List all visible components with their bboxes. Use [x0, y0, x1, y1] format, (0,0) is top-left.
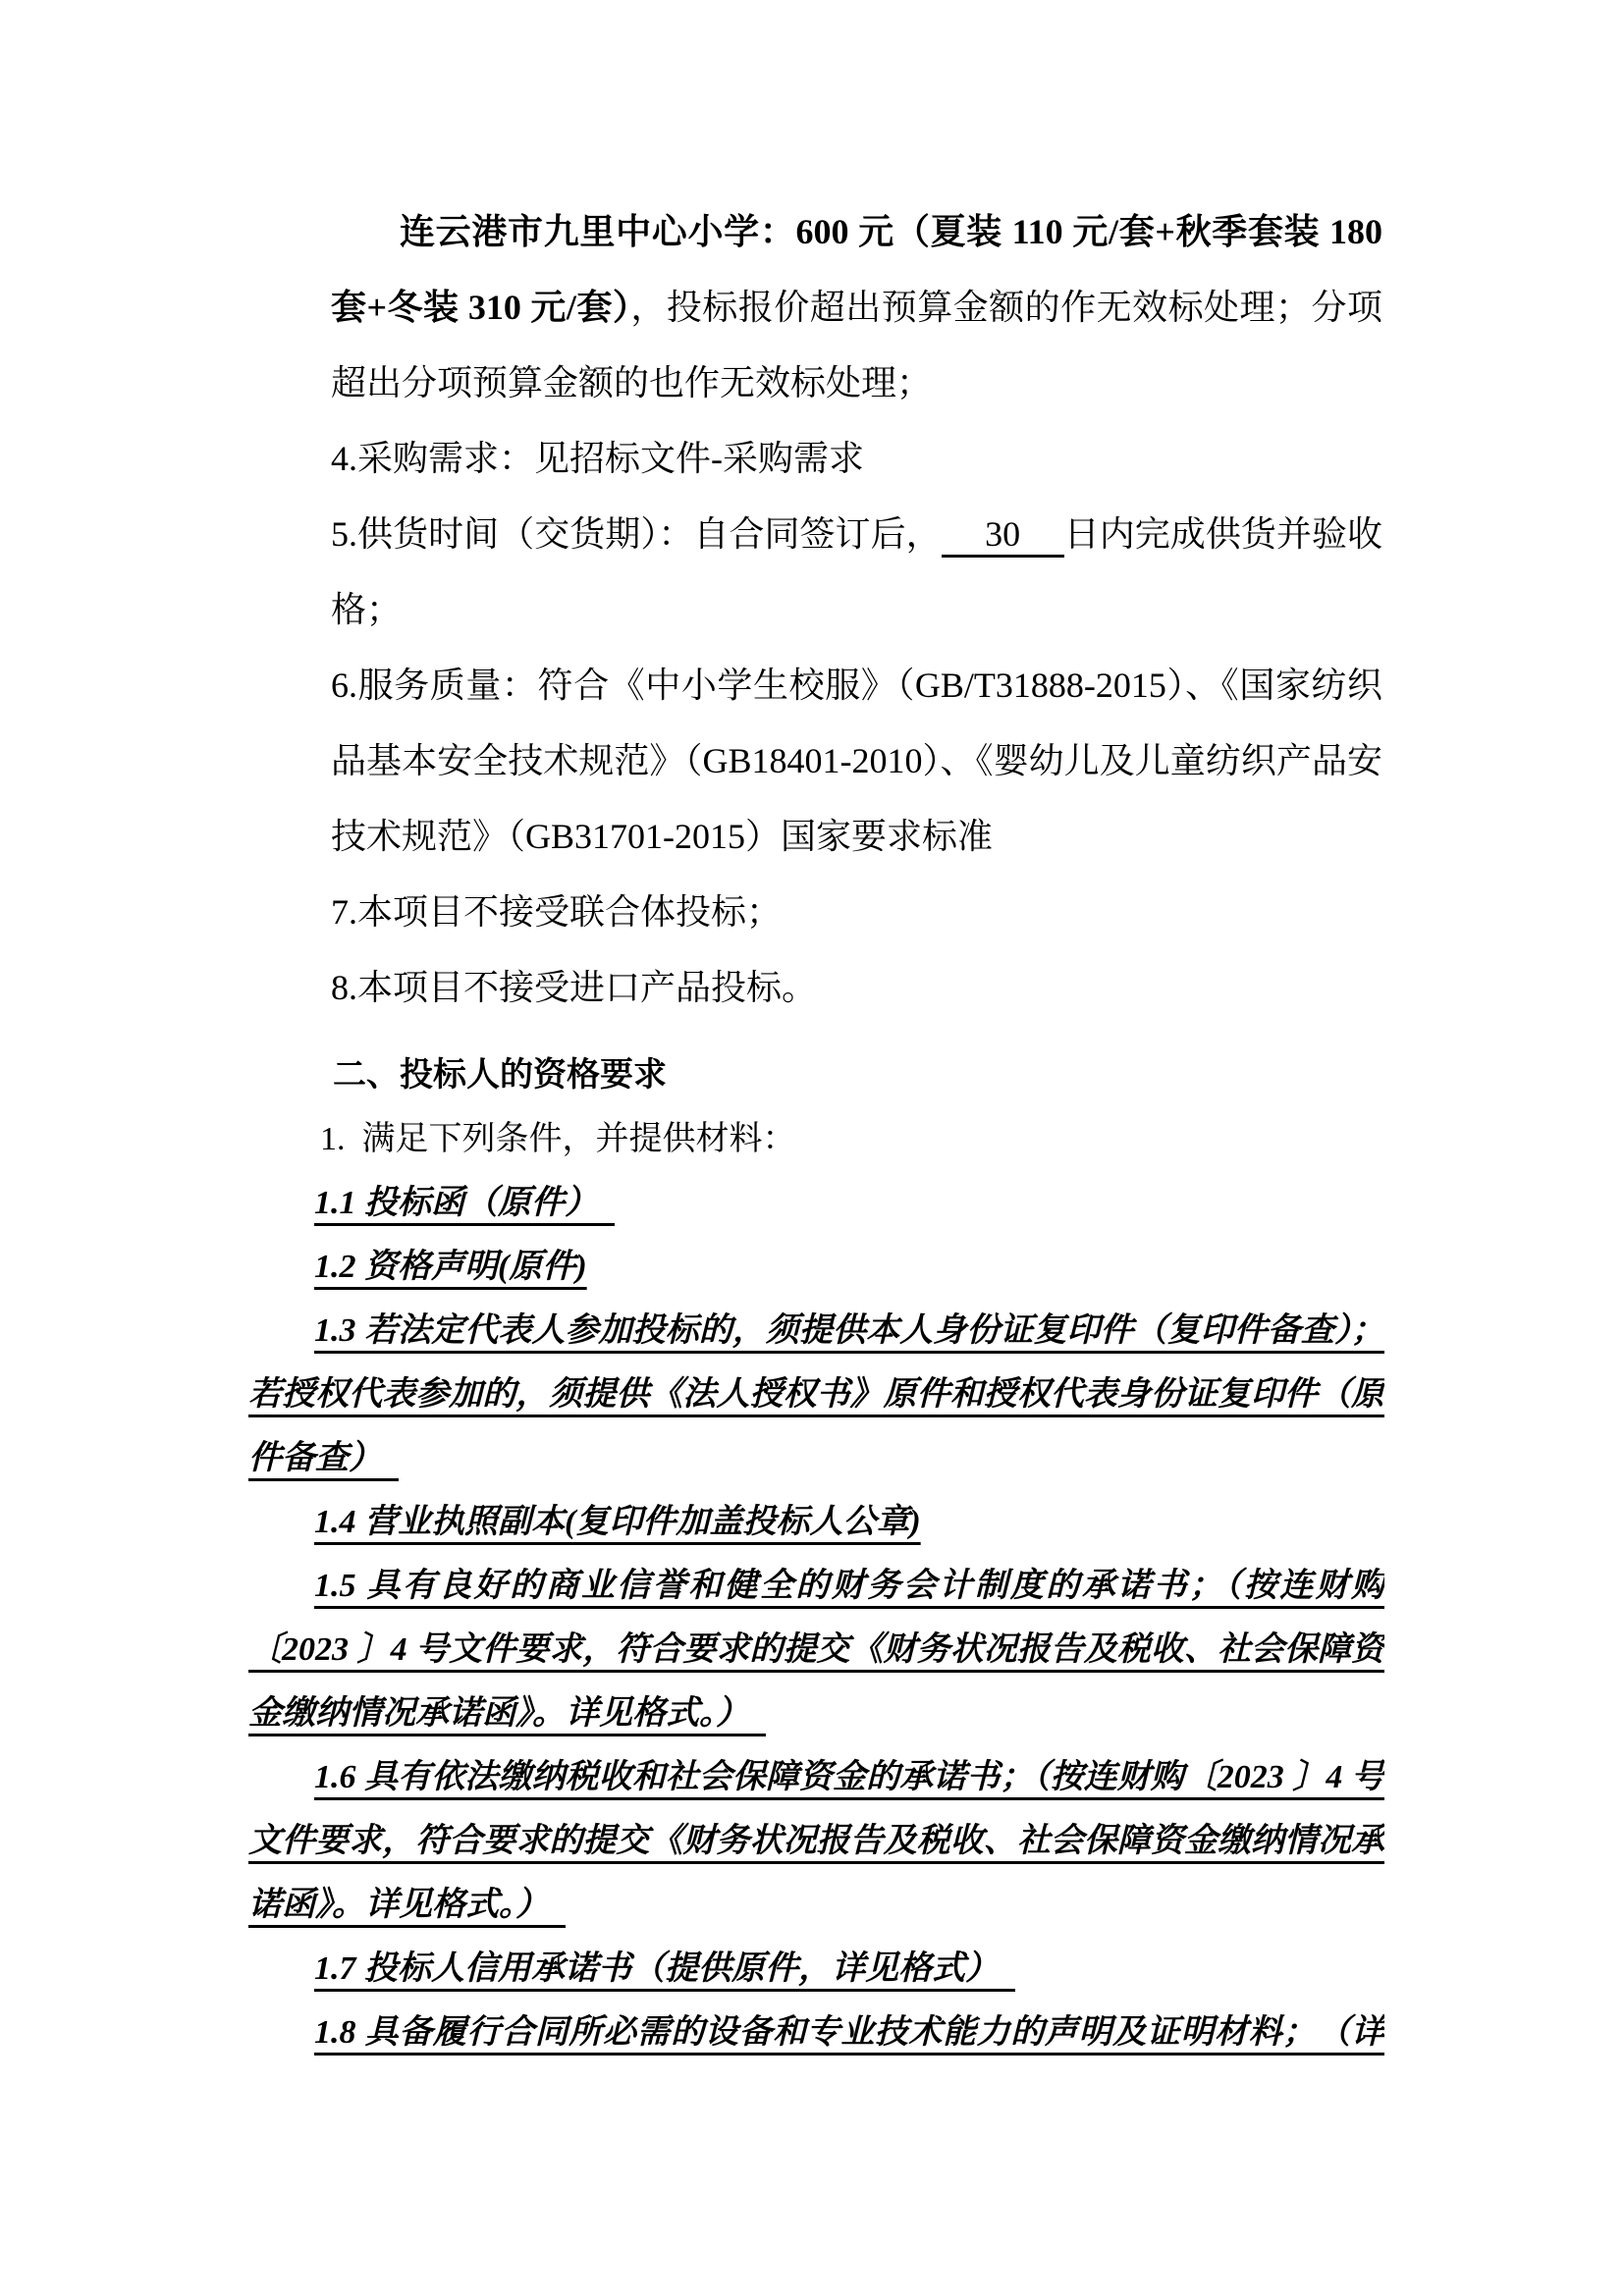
text-segment: 技术规范》（GB31701-2015）国家要求标准: [331, 817, 993, 856]
text-line: 1.2 资格声明(原件): [248, 1235, 1384, 1299]
text-line: 件备查）: [248, 1426, 1384, 1490]
text-segment: 二、投标人的资格要求: [333, 1057, 667, 1094]
text-segment: 超出分项预算金额的也作无效标处理；: [331, 363, 932, 402]
text-segment: 诺函》。详见格式。）: [248, 1887, 566, 1923]
text-segment: 4.采购需求：见招标文件-采购需求: [331, 439, 864, 478]
text-segment: 1.6 具有依法缴纳税收和社会保障资金的承诺书；（按连财购〔2023 〕4 号: [314, 1759, 1384, 1795]
text-segment: 1.4 营业执照副本(复印件加盖投标人公章): [314, 1504, 921, 1540]
document-page: 连云港市九里中心小学：600 元（夏装 110 元/套+秋季套装 180 元/套…: [0, 0, 1624, 2296]
text-segment: 1.5 具有良好的商业信誉和健全的财务会计制度的承诺书；（按连财购: [314, 1568, 1384, 1604]
text-line: 1.1 投标函（原件）: [248, 1171, 1384, 1235]
text-segment: 1.7 投标人信用承诺书（提供原件，详见格式）: [314, 1950, 1015, 1987]
text-line: 5.供货时间（交货期）：自合同签订后，30日内完成供货并验收合: [331, 497, 1382, 572]
text-line: 连云港市九里中心小学：600 元（夏装 110 元/套+秋季套装 180 元/: [331, 194, 1382, 270]
text-line: 1.6 具有依法缴纳税收和社会保障资金的承诺书；（按连财购〔2023 〕4 号: [248, 1745, 1384, 1809]
text-segment: 7.本项目不接受联合体投标；: [331, 892, 782, 932]
text-segment: 格；: [331, 590, 402, 629]
text-segment: 金缴纳情况承诺函》。详见格式。）: [248, 1695, 766, 1732]
text-segment: 1. 满足下列条件，并提供材料：: [320, 1121, 796, 1157]
text-line: 超出分项预算金额的也作无效标处理；: [331, 346, 1382, 421]
text-segment: 1.3 若法定代表人参加投标的，须提供本人身份证复印件（复印件备查）；: [314, 1312, 1384, 1349]
text-line: 〔2023 〕4 号文件要求，符合要求的提交《财务状况报告及税收、社会保障资: [248, 1618, 1384, 1682]
text-line: 1.5 具有良好的商业信誉和健全的财务会计制度的承诺书；（按连财购: [248, 1554, 1384, 1618]
text-line: 1.8 具备履行合同所必需的设备和专业技术能力的声明及证明材料； （详: [248, 2001, 1384, 2064]
text-segment: 件备查）: [248, 1440, 399, 1476]
section-procurement-details: 连云港市九里中心小学：600 元（夏装 110 元/套+秋季套装 180 元/套…: [331, 194, 1382, 1026]
text-segment: 品基本安全技术规范》（GB18401-2010）、《婴幼儿及儿童纺织产品安全: [331, 741, 1382, 799]
text-line: 文件要求，符合要求的提交《财务状况报告及税收、社会保障资金缴纳情况承: [248, 1809, 1384, 1873]
text-segment: 1.8 具备履行合同所必需的设备和专业技术能力的声明及证明材料； （详: [314, 2014, 1384, 2051]
text-line: 7.本项目不接受联合体投标；: [331, 875, 1382, 950]
text-segment: 文件要求，符合要求的提交《财务状况报告及税收、社会保障资金缴纳情况承: [248, 1823, 1384, 1859]
text-segment: 连云港市九里中心小学：600 元（夏装 110 元/套+秋季套装 180 元/: [331, 212, 1382, 270]
text-segment: 套+冬装 310 元/套）: [331, 288, 630, 327]
section-qualification-requirements: 二、投标人的资格要求1. 满足下列条件，并提供材料：1.1 投标函（原件） 1.…: [248, 1043, 1384, 2064]
text-segment: 5.供货时间（交货期）：自合同签订后，: [331, 514, 942, 554]
text-segment: 6.服务质量：符合《中小学生校服》（GB/T31888-2015）、《国家纺织产: [331, 666, 1382, 723]
text-line: 1.7 投标人信用承诺书（提供原件，详见格式）: [248, 1937, 1384, 2001]
delivery-days-value: 30: [942, 515, 1064, 558]
text-line: 6.服务质量：符合《中小学生校服》（GB/T31888-2015）、《国家纺织产: [331, 648, 1382, 723]
text-line: 技术规范》（GB31701-2015）国家要求标准: [331, 799, 1382, 875]
text-segment: 1.1 投标函（原件）: [314, 1185, 615, 1221]
text-segment: 1.2 资格声明(原件): [314, 1249, 587, 1285]
text-line: 格；: [331, 572, 1382, 648]
text-line: 若授权代表参加的，须提供《法人授权书》原件和授权代表身份证复印件（原: [248, 1362, 1384, 1426]
text-line: 金缴纳情况承诺函》。详见格式。）: [248, 1682, 1384, 1745]
text-line: 1. 满足下列条件，并提供材料：: [248, 1107, 1384, 1171]
text-line: 套+冬装 310 元/套），投标报价超出预算金额的作无效标处理；分项报价: [331, 270, 1382, 346]
text-line: 诺函》。详见格式。）: [248, 1873, 1384, 1937]
text-line: 1.4 营业执照副本(复印件加盖投标人公章): [248, 1490, 1384, 1554]
text-line: 8.本项目不接受进口产品投标。: [331, 950, 1382, 1026]
text-line: 品基本安全技术规范》（GB18401-2010）、《婴幼儿及儿童纺织产品安全: [331, 723, 1382, 799]
text-segment: 若授权代表参加的，须提供《法人授权书》原件和授权代表身份证复印件（原: [248, 1376, 1384, 1413]
text-line: 二、投标人的资格要求: [248, 1043, 1384, 1107]
text-segment: 〔2023 〕4 号文件要求，符合要求的提交《财务状况报告及税收、社会保障资: [248, 1631, 1384, 1668]
text-line: 4.采购需求：见招标文件-采购需求: [331, 421, 1382, 497]
text-segment: 8.本项目不接受进口产品投标。: [331, 968, 817, 1007]
text-line: 1.3 若法定代表人参加投标的，须提供本人身份证复印件（复印件备查）；: [248, 1299, 1384, 1362]
